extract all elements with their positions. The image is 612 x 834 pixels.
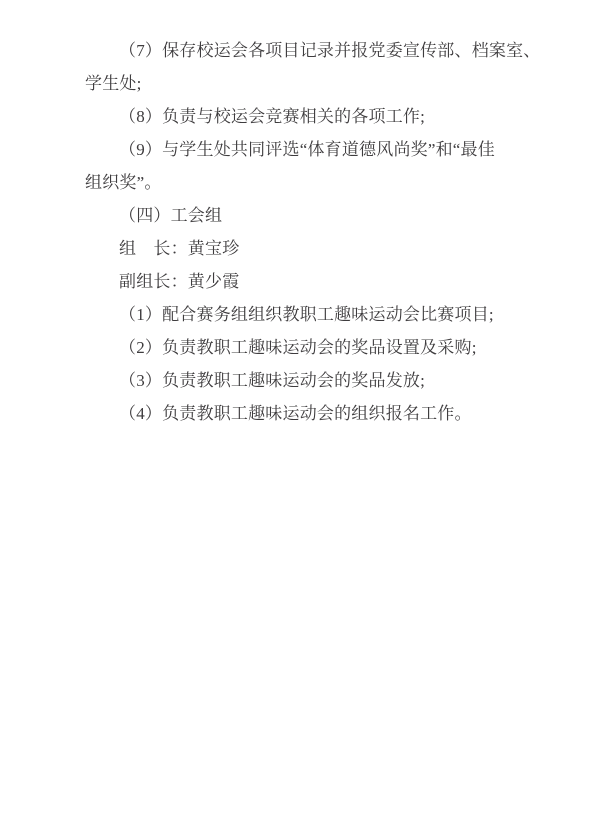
document-text-block: （7）保存校运会各项目记录并报党委宣传部、档案室、 学生处; （8）负责与校运会…: [85, 34, 537, 430]
text-line: （2）负责教职工趣味运动会的奖品设置及采购;: [85, 331, 537, 364]
text-line: 组织奖”。: [85, 166, 537, 199]
text-line: 学生处;: [85, 67, 537, 100]
section-heading: （四）工会组: [85, 199, 537, 232]
deputy-leader-line: 副组长：黄少霞: [85, 265, 537, 298]
text-line: （3）负责教职工趣味运动会的奖品发放;: [85, 364, 537, 397]
text-line: （1）配合赛务组组织教职工趣味运动会比赛项目;: [85, 298, 537, 331]
text-line: （9）与学生处共同评选“体育道德风尚奖”和“最佳: [85, 133, 537, 166]
text-line: （4）负责教职工趣味运动会的组织报名工作。: [85, 397, 537, 430]
document-page: （7）保存校运会各项目记录并报党委宣传部、档案室、 学生处; （8）负责与校运会…: [0, 0, 612, 834]
text-line: （7）保存校运会各项目记录并报党委宣传部、档案室、: [85, 34, 537, 67]
leader-line: 组 长：黄宝珍: [85, 232, 537, 265]
text-line: （8）负责与校运会竞赛相关的各项工作;: [85, 100, 537, 133]
